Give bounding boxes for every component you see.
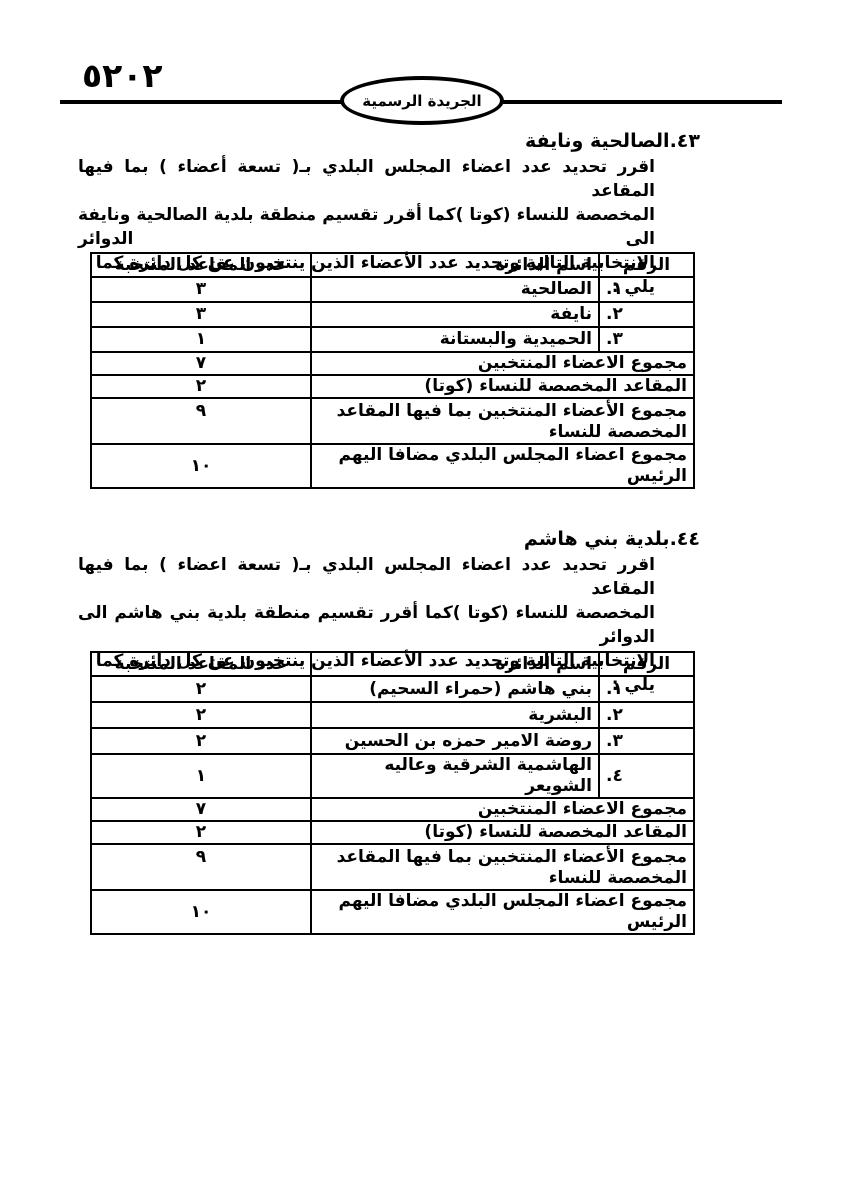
summary-value: ١٠ [91, 890, 311, 934]
seats-cell: ٢ [91, 702, 311, 728]
section-44-title: ٤٤.بلدية بني هاشم [524, 528, 700, 550]
table-row: ٣. الحميدية والبستانة ١ [91, 327, 694, 352]
table-row: ١. بني هاشم (حمراء السحيم) ٢ [91, 676, 694, 702]
serial-cell: ٢. [599, 302, 694, 327]
district-cell: نايفة [311, 302, 599, 327]
summary-row: مجموع الأعضاء المنتخبين بما فيها المقاعد… [91, 844, 694, 890]
district-cell: البشرية [311, 702, 599, 728]
district-cell: الصالحية [311, 277, 599, 302]
districts-table-43: الرقم اسم الدائرة عدد المقاعد المنتخبة ١… [90, 252, 695, 489]
gazette-page: ٥٢٠٢ الجريدة الرسمية ٤٣.الصالحية ونايفة … [0, 0, 850, 1193]
summary-label: مجموع الاعضاء المنتخبين [311, 352, 694, 375]
district-cell: الهاشمية الشرقية وعاليه الشويعر [311, 754, 599, 798]
district-header: اسم الدائرة [311, 253, 599, 277]
table-row: ٢. نايفة ٣ [91, 302, 694, 327]
summary-row: مجموع الاعضاء المنتخبين ٧ [91, 352, 694, 375]
table-row: ٢. البشرية ٢ [91, 702, 694, 728]
summary-value: ٧ [91, 798, 311, 821]
summary-value: ٢ [91, 821, 311, 844]
paragraph-line: اقرر تحديد عدد اعضاء المجلس البلدي بـ( ت… [78, 155, 655, 203]
serial-cell: ١. [599, 277, 694, 302]
seats-cell: ٣ [91, 302, 311, 327]
summary-label: مجموع الأعضاء المنتخبين بما فيها المقاعد… [311, 398, 694, 444]
gazette-title: الجريدة الرسمية [362, 92, 481, 110]
seats-cell: ١ [91, 754, 311, 798]
table-header-row: الرقم اسم الدائرة عدد المقاعد المنتخبة [91, 652, 694, 676]
serial-cell: ٤. [599, 754, 694, 798]
summary-label: مجموع الأعضاء المنتخبين بما فيها المقاعد… [311, 844, 694, 890]
seats-cell: ٣ [91, 277, 311, 302]
district-header: اسم الدائرة [311, 652, 599, 676]
summary-value: ٩ [91, 844, 311, 890]
serial-cell: ١. [599, 676, 694, 702]
summary-row: مجموع اعضاء المجلس البلدي مضافا اليهم ال… [91, 890, 694, 934]
page-number: ٥٢٠٢ [82, 56, 163, 95]
summary-row: المقاعد المخصصة للنساء (كوتا) ٢ [91, 375, 694, 398]
table-row: ١. الصالحية ٣ [91, 277, 694, 302]
district-cell: روضة الامير حمزه بن الحسين [311, 728, 599, 754]
summary-label: مجموع اعضاء المجلس البلدي مضافا اليهم ال… [311, 444, 694, 488]
summary-value: ٩ [91, 398, 311, 444]
serial-cell: ٣. [599, 728, 694, 754]
paragraph-line: اقرر تحديد عدد اعضاء المجلس البلدي بـ( ت… [78, 553, 655, 601]
paragraph-line: المخصصة للنساء (كوتا )كما أقرر تقسيم منط… [78, 203, 655, 251]
serial-header: الرقم [599, 652, 694, 676]
summary-label: المقاعد المخصصة للنساء (كوتا) [311, 821, 694, 844]
gazette-oval: الجريدة الرسمية [340, 76, 504, 125]
paragraph-line: المخصصة للنساء (كوتا )كما أقرر تقسيم منط… [78, 601, 655, 649]
table-header-row: الرقم اسم الدائرة عدد المقاعد المنتخبة [91, 253, 694, 277]
seats-cell: ٢ [91, 676, 311, 702]
district-cell: بني هاشم (حمراء السحيم) [311, 676, 599, 702]
summary-label: مجموع الاعضاء المنتخبين [311, 798, 694, 821]
summary-value: ٧ [91, 352, 311, 375]
serial-cell: ٣. [599, 327, 694, 352]
serial-header: الرقم [599, 253, 694, 277]
table-row: ٣. روضة الامير حمزه بن الحسين ٢ [91, 728, 694, 754]
section-43-title: ٤٣.الصالحية ونايفة [525, 130, 700, 152]
table-row: ٤. الهاشمية الشرقية وعاليه الشويعر ١ [91, 754, 694, 798]
summary-value: ٢ [91, 375, 311, 398]
seats-cell: ١ [91, 327, 311, 352]
serial-cell: ٢. [599, 702, 694, 728]
summary-value: ١٠ [91, 444, 311, 488]
summary-row: مجموع الاعضاء المنتخبين ٧ [91, 798, 694, 821]
summary-row: مجموع الأعضاء المنتخبين بما فيها المقاعد… [91, 398, 694, 444]
summary-row: المقاعد المخصصة للنساء (كوتا) ٢ [91, 821, 694, 844]
seats-header: عدد المقاعد المنتخبة [91, 253, 311, 277]
summary-row: مجموع اعضاء المجلس البلدي مضافا اليهم ال… [91, 444, 694, 488]
district-cell: الحميدية والبستانة [311, 327, 599, 352]
districts-table-44: الرقم اسم الدائرة عدد المقاعد المنتخبة ١… [90, 651, 695, 935]
summary-label: المقاعد المخصصة للنساء (كوتا) [311, 375, 694, 398]
seats-header: عدد المقاعد المنتخبة [91, 652, 311, 676]
seats-cell: ٢ [91, 728, 311, 754]
summary-label: مجموع اعضاء المجلس البلدي مضافا اليهم ال… [311, 890, 694, 934]
